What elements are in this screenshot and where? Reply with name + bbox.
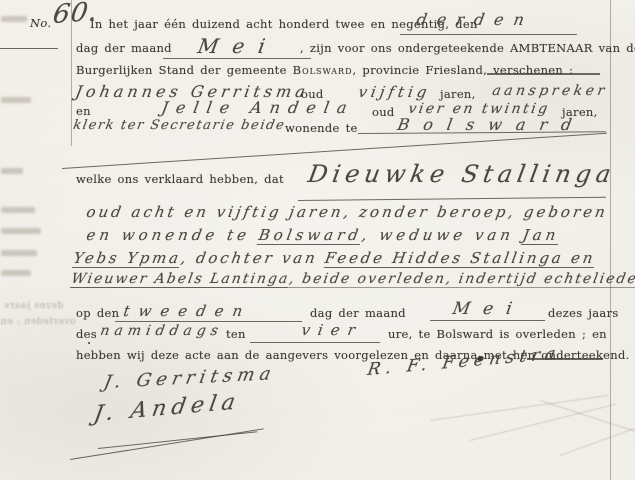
fill-rule bbox=[163, 58, 311, 59]
handwritten-father-name: Feede Hiddes Stallinga en bbox=[323, 249, 597, 268]
printed-line-municipality: Burgerlijken Stand der gemeente Bolsward… bbox=[76, 63, 573, 77]
handwritten-deceased-detail-3: Yebs Ypma, dochter van Feede Hiddes Stal… bbox=[72, 249, 597, 267]
municipality-name: Bolsward bbox=[293, 63, 353, 77]
fill-rule bbox=[400, 34, 577, 35]
fill-rule bbox=[430, 320, 545, 321]
printed-op-den: op den bbox=[76, 306, 119, 320]
handwritten-text: , dochter van bbox=[179, 249, 326, 267]
handwritten-husband-firstname: Jan bbox=[521, 226, 561, 245]
handwritten-deceased-detail-2: en wonende te Bolsward, weduwe van Jan bbox=[85, 226, 561, 244]
signature-declarant1: J. Gerritsma bbox=[102, 363, 278, 393]
printed-text: Burgerlijken Stand der gemeente bbox=[76, 63, 293, 77]
handwritten-text: , beide overleden, indertijd echtelieden bbox=[288, 271, 635, 288]
ink-dot bbox=[88, 342, 90, 344]
bleedthrough-text: dezes jaars bbox=[4, 300, 63, 311]
handwritten-month-of-act: Mei bbox=[196, 34, 281, 58]
handwritten-deceased-name: Dieuwke Stallinga bbox=[306, 160, 618, 188]
handwritten-deceased-detail-4: Wieuwer Abels Lantinga, beide overleden,… bbox=[70, 271, 635, 287]
bleedthrough-text: overleden ; en bbox=[0, 316, 76, 327]
handwritten-death-daypart: namiddags bbox=[99, 323, 224, 339]
pencil-stroke bbox=[540, 400, 635, 432]
printed-ten: ten bbox=[226, 327, 246, 341]
handwritten-text: , weduwe van bbox=[360, 226, 524, 244]
printed-ure-overleden: ure, te Bolsward is overleden ; en bbox=[388, 327, 607, 341]
handwritten-husband-name: Yebs Ypma bbox=[72, 249, 183, 268]
bleedthrough-smudge bbox=[1, 16, 27, 22]
printed-dezes-jaars: dezes jaars bbox=[548, 306, 619, 320]
printed-oud: oud bbox=[372, 105, 395, 119]
printed-jaren: jaren, bbox=[440, 87, 476, 101]
handwritten-declarant1-age: vijftig bbox=[357, 83, 432, 101]
handwritten-death-day: tweeden bbox=[122, 302, 253, 320]
handwritten-text: en wonende te bbox=[85, 226, 260, 244]
act-number-underline bbox=[0, 48, 58, 49]
pencil-stroke bbox=[470, 404, 616, 441]
printed-dag-der-maand: dag der maand bbox=[310, 306, 406, 320]
bleedthrough-smudge bbox=[1, 97, 31, 103]
printed-text: , provincie Friesland, verschenen : bbox=[353, 63, 574, 77]
scanned-death-certificate: dezes jaars overleden ; en No. 60. In he… bbox=[0, 0, 635, 480]
printed-en: en bbox=[76, 104, 91, 118]
right-margin-rule bbox=[610, 0, 611, 480]
printed-des: des bbox=[76, 327, 97, 341]
printed-line-month-label: dag der maand bbox=[76, 41, 172, 55]
pencil-stroke bbox=[560, 428, 635, 456]
signature-declarant2: J. Andela bbox=[92, 390, 242, 427]
handwritten-deceased-detail-1: oud acht en vijftig jaren, zonder beroep… bbox=[85, 203, 609, 221]
signature-flourish bbox=[98, 431, 257, 449]
handwritten-death-hour: vier bbox=[300, 321, 365, 339]
printed-declaration-intro: welke ons verklaard hebben, dat bbox=[76, 172, 284, 186]
handwritten-declarant1-occupation: aanspreker bbox=[491, 83, 609, 99]
bleedthrough-smudge bbox=[1, 250, 37, 256]
bleedthrough-smudge bbox=[1, 168, 23, 174]
fill-rule bbox=[115, 321, 302, 322]
bleedthrough-smudge bbox=[1, 228, 41, 234]
bleedthrough-smudge bbox=[1, 270, 31, 276]
handwritten-residence: Bolsward bbox=[257, 226, 363, 245]
handwritten-mother-name: Wieuwer Abels Lantinga bbox=[70, 271, 291, 288]
handwritten-declarant2-name: Jelle Andela bbox=[160, 98, 356, 117]
handwritten-death-month: Mei bbox=[451, 299, 526, 319]
act-number-label: No. bbox=[30, 16, 51, 30]
blank-fill-rule bbox=[487, 73, 600, 75]
deceased-name-underline bbox=[298, 197, 606, 201]
fill-rule bbox=[250, 342, 380, 343]
pencil-stroke bbox=[430, 395, 608, 421]
printed-line-official: , zijn voor ons ondergeteekende AMBTENAA… bbox=[300, 41, 635, 55]
handwritten-declarant2-occupation: klerk ter Secretarie beide bbox=[72, 118, 287, 133]
handwritten-day-of-act: derden bbox=[415, 10, 536, 29]
bleedthrough-smudge bbox=[1, 207, 35, 213]
printed-wonende-te: wonende te bbox=[285, 121, 358, 135]
